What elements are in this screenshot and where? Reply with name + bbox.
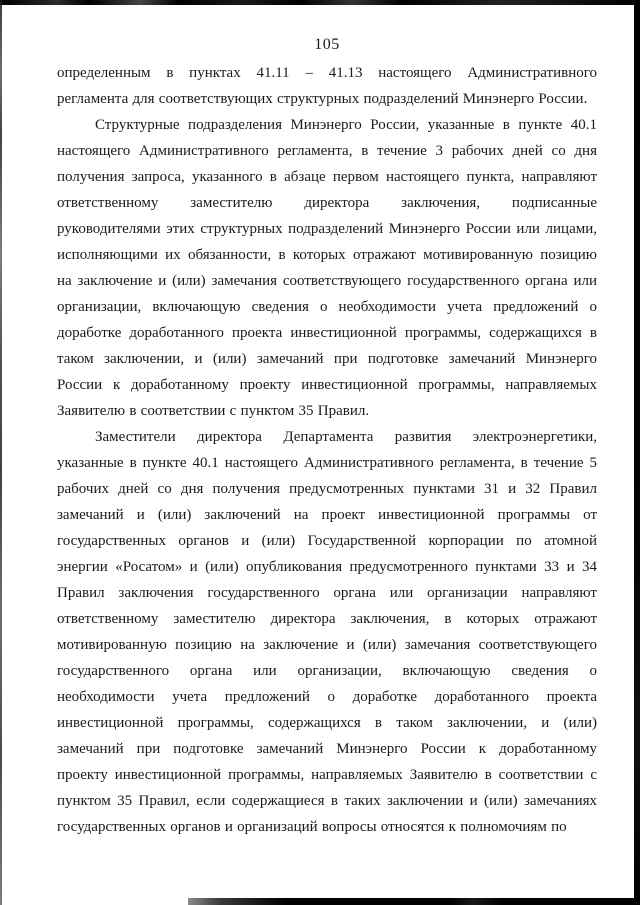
text-line: мотивированную позицию на заключение и (…: [57, 632, 597, 658]
text-line: инвестиционной программы, содержащихся в…: [57, 710, 597, 736]
text-line: получения запроса, указанного в абзаце п…: [57, 164, 597, 190]
text-line: рабочих дней со дня получения предусмотр…: [57, 476, 597, 502]
scan-edge-left-artifact: [0, 0, 2, 905]
text-line: доработке доработанного проекта инвестиц…: [57, 320, 597, 346]
scan-bottom-bar-artifact: [188, 898, 640, 905]
text-line: Заместители директора Департамента разви…: [57, 424, 597, 450]
text-line: пунктом 35 Правил, если содержащиеся в т…: [57, 788, 597, 814]
text-line: Структурные подразделения Минэнерго Росс…: [57, 112, 597, 138]
paragraph: Заместители директора Департамента разви…: [57, 424, 597, 840]
text-line: ответственному заместителю директора зак…: [57, 190, 597, 216]
text-line: государственного органа или организации,…: [57, 658, 597, 684]
text-line: государственных органов и (или) Государс…: [57, 528, 597, 554]
text-line: проекту инвестиционной программы, направ…: [57, 762, 597, 788]
document-body: определенным в пунктах 41.11 – 41.13 нас…: [57, 60, 597, 840]
paragraph: Структурные подразделения Минэнерго Росс…: [57, 112, 597, 424]
page-number: 105: [57, 36, 597, 54]
text-line: государственных органов и организаций во…: [57, 814, 597, 840]
text-line: регламента для соответствующих структурн…: [57, 86, 597, 112]
text-line: указанные в пункте 40.1 настоящего Админ…: [57, 450, 597, 476]
text-line: настоящего Административного регламента,…: [57, 138, 597, 164]
text-line: замечаний при подготовке замечаний Минэн…: [57, 736, 597, 762]
scan-edge-top-artifact: [0, 0, 640, 5]
scanned-document-page: 105 определенным в пунктах 41.11 – 41.13…: [0, 0, 640, 905]
text-line: Заявителю в соответствии с пунктом 35 Пр…: [57, 398, 597, 424]
paragraph: определенным в пунктах 41.11 – 41.13 нас…: [57, 60, 597, 112]
text-line: руководителями этих структурных подразде…: [57, 216, 597, 242]
text-line: таком заключении, и (или) замечаний при …: [57, 346, 597, 372]
text-line: организации, включающую сведения о необх…: [57, 294, 597, 320]
text-line: определенным в пунктах 41.11 – 41.13 нас…: [57, 60, 597, 86]
text-line: энергии «Росатом» и (или) опубликования …: [57, 554, 597, 580]
scan-edge-right-artifact: [634, 0, 640, 905]
text-line: на заключение и (или) замечания соответс…: [57, 268, 597, 294]
text-line: замечаний и (или) заключений на проект и…: [57, 502, 597, 528]
text-line: ответственному заместителю директора зак…: [57, 606, 597, 632]
text-line: исполняющими их обязанности, в которых о…: [57, 242, 597, 268]
text-line: России к доработанному проекту инвестици…: [57, 372, 597, 398]
text-line: необходимости учета предложений о дорабо…: [57, 684, 597, 710]
text-line: Правил заключения государственного орган…: [57, 580, 597, 606]
